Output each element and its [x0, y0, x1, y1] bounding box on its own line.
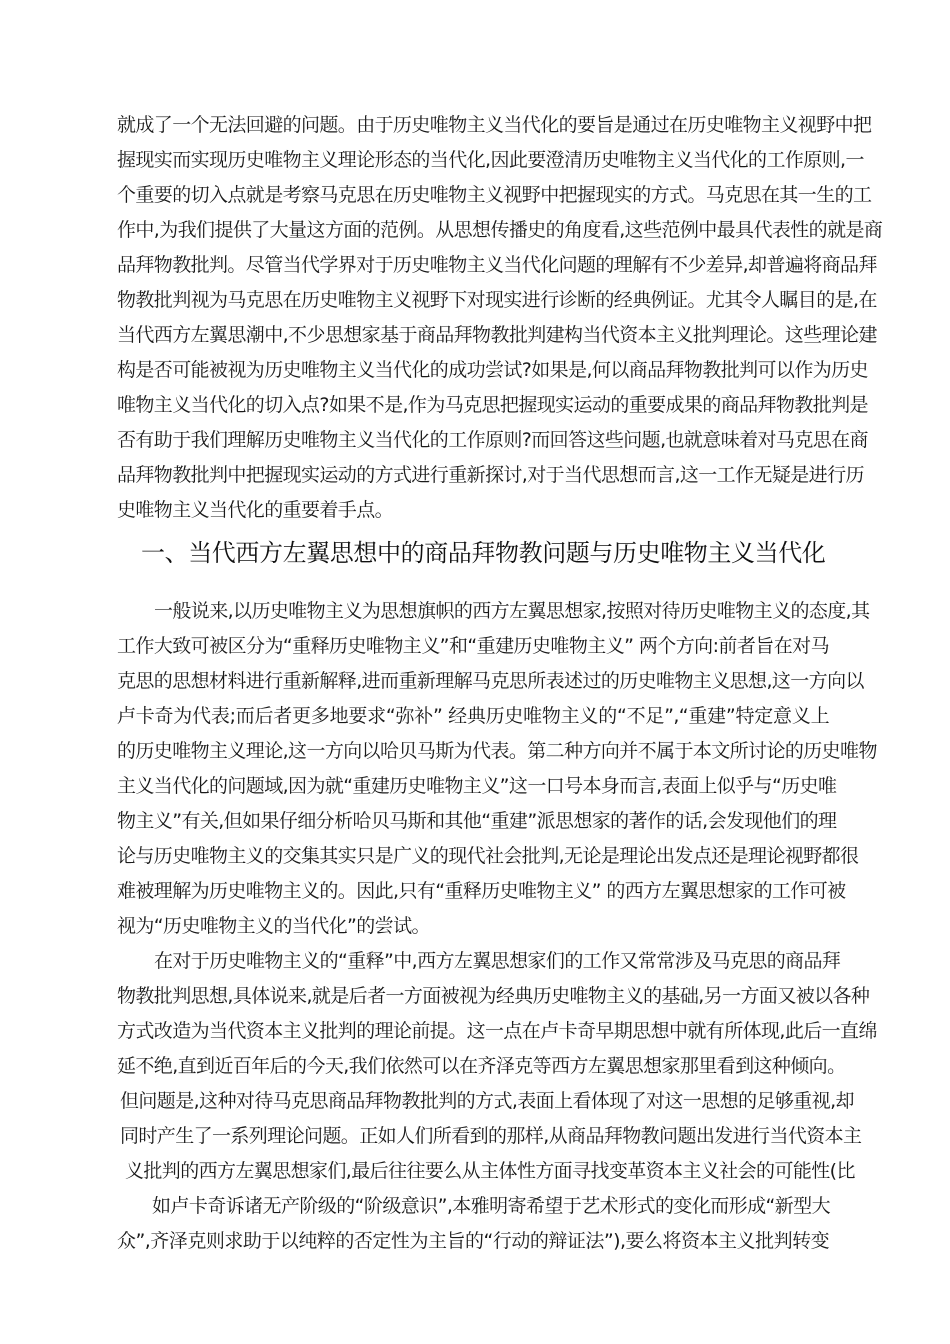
text-line: 就成了一个无法回避的问题。由于历史唯物主义当代化的要旨是通过在历史唯物主义视野中…: [117, 108, 829, 143]
text-line: 论与历史唯物主义的交集其实只是广义的现代社会批判,无论是理论出发点还是理论视野都…: [117, 839, 829, 874]
text-line: 物教批判视为马克思在历史唯物主义视野下对现实进行诊断的经典例证。尤其令人瞩目的是…: [117, 283, 829, 318]
document-page: 就成了一个无法回避的问题。由于历史唯物主义当代化的要旨是通过在历史唯物主义视野中…: [0, 0, 950, 1344]
text-line: 个重要的切入点就是考察马克思在历史唯物主义视野中把握现实的方式。马克思在其一生的…: [117, 178, 829, 213]
text-line: 作中,为我们提供了大量这方面的范例。从思想传播史的角度看,这些范例中最具代表性的…: [117, 213, 829, 248]
text-line: 如卢卡奇诉诸无产阶级的“阶级意识”,本雅明寄希望于艺术形式的变化而形成“新型大: [152, 1189, 830, 1224]
text-line: 但问题是,这种对待马克思商品拜物教批判的方式,表面上看体现了对这一思想的足够重视…: [120, 1084, 829, 1119]
text-line: 卢卡奇为代表;而后者更多地要求“弥补” 经典历史唯物主义的“不足”,“重建”特定…: [117, 699, 829, 734]
text-line: 在对于历史唯物主义的“重释”中,西方左翼思想家们的工作又常常涉及马克思的商品拜: [154, 944, 829, 979]
text-line: 构是否可能被视为历史唯物主义当代化的成功尝试?如果是,何以商品拜物教批判可以作为…: [117, 353, 829, 388]
text-line: 物教批判思想,具体说来,就是后者一方面被视为经典历史唯物主义的基础,另一方面又被…: [117, 979, 829, 1014]
text-line: 一般说来,以历史唯物主义为思想旗帜的西方左翼思想家,按照对待历史唯物主义的态度,…: [154, 594, 829, 629]
text-line: 当代西方左翼思潮中,不少思想家基于商品拜物教批判建构当代资本主义批判理论。这些理…: [117, 318, 829, 353]
text-line: 工作大致可被区分为“重释历史唯物主义”和“重建历史唯物主义” 两个方向:前者旨在…: [117, 629, 829, 664]
text-line: 否有助于我们理解历史唯物主义当代化的工作原则?而回答这些问题,也就意味着对马克思…: [117, 423, 829, 458]
text-line: 物主义”有关,但如果仔细分析哈贝马斯和其他“重建”派思想家的著作的话,会发现他们…: [117, 804, 829, 839]
text-line: 方式改造为当代资本主义批判的理论前提。这一点在卢卡奇早期思想中就有所体现,此后一…: [117, 1014, 829, 1049]
text-line: 唯物主义当代化的切入点?如果不是,作为马克思把握现实运动的重要成果的商品拜物教批…: [117, 388, 829, 423]
text-line: 的历史唯物主义理论,这一方向以哈贝马斯为代表。第二种方向并不属于本文所讨论的历史…: [117, 734, 829, 769]
text-line: 克思的思想材料进行重新解释,进而重新理解马克思所表述过的历史唯物主义思想,这一方…: [117, 664, 829, 699]
text-line: 同时产生了一系列理论问题。正如人们所看到的那样,从商品拜物教问题出发进行当代资本…: [120, 1119, 829, 1154]
text-line: 握现实而实现历史唯物主义理论形态的当代化,因此要澄清历史唯物主义当代化的工作原则…: [117, 143, 829, 178]
text-line: 视为“历史唯物主义的当代化”的尝试。: [117, 909, 829, 944]
text-line: 义批判的西方左翼思想家们,最后往往要么从主体性方面寻找变革资本主义社会的可能性(…: [125, 1154, 829, 1189]
text-line: 难被理解为历史唯物主义的。因此,只有“重释历史唯物主义” 的西方左翼思想家的工作…: [117, 874, 829, 909]
text-line: 延不绝,直到近百年后的今天,我们依然可以在齐泽克等西方左翼思想家那里看到这种倾向…: [117, 1049, 829, 1084]
section-heading: 一、当代西方左翼思想中的商品拜物教问题与历史唯物主义当代化: [141, 535, 825, 571]
text-line: 主义当代化的问题域,因为就“重建历史唯物主义”这一口号本身而言,表面上似乎与“历…: [117, 769, 829, 804]
text-line: 品拜物教批判中把握现实运动的方式进行重新探讨,对于当代思想而言,这一工作无疑是进…: [117, 458, 829, 493]
text-line: 史唯物主义当代化的重要着手点。: [117, 493, 829, 528]
text-line: 品拜物教批判。尽管当代学界对于历史唯物主义当代化问题的理解有不少差异,却普遍将商…: [117, 248, 829, 283]
text-line: 众”,齐泽克则求助于以纯粹的否定性为主旨的“行动的辩证法”),要么将资本主义批判…: [117, 1224, 829, 1259]
